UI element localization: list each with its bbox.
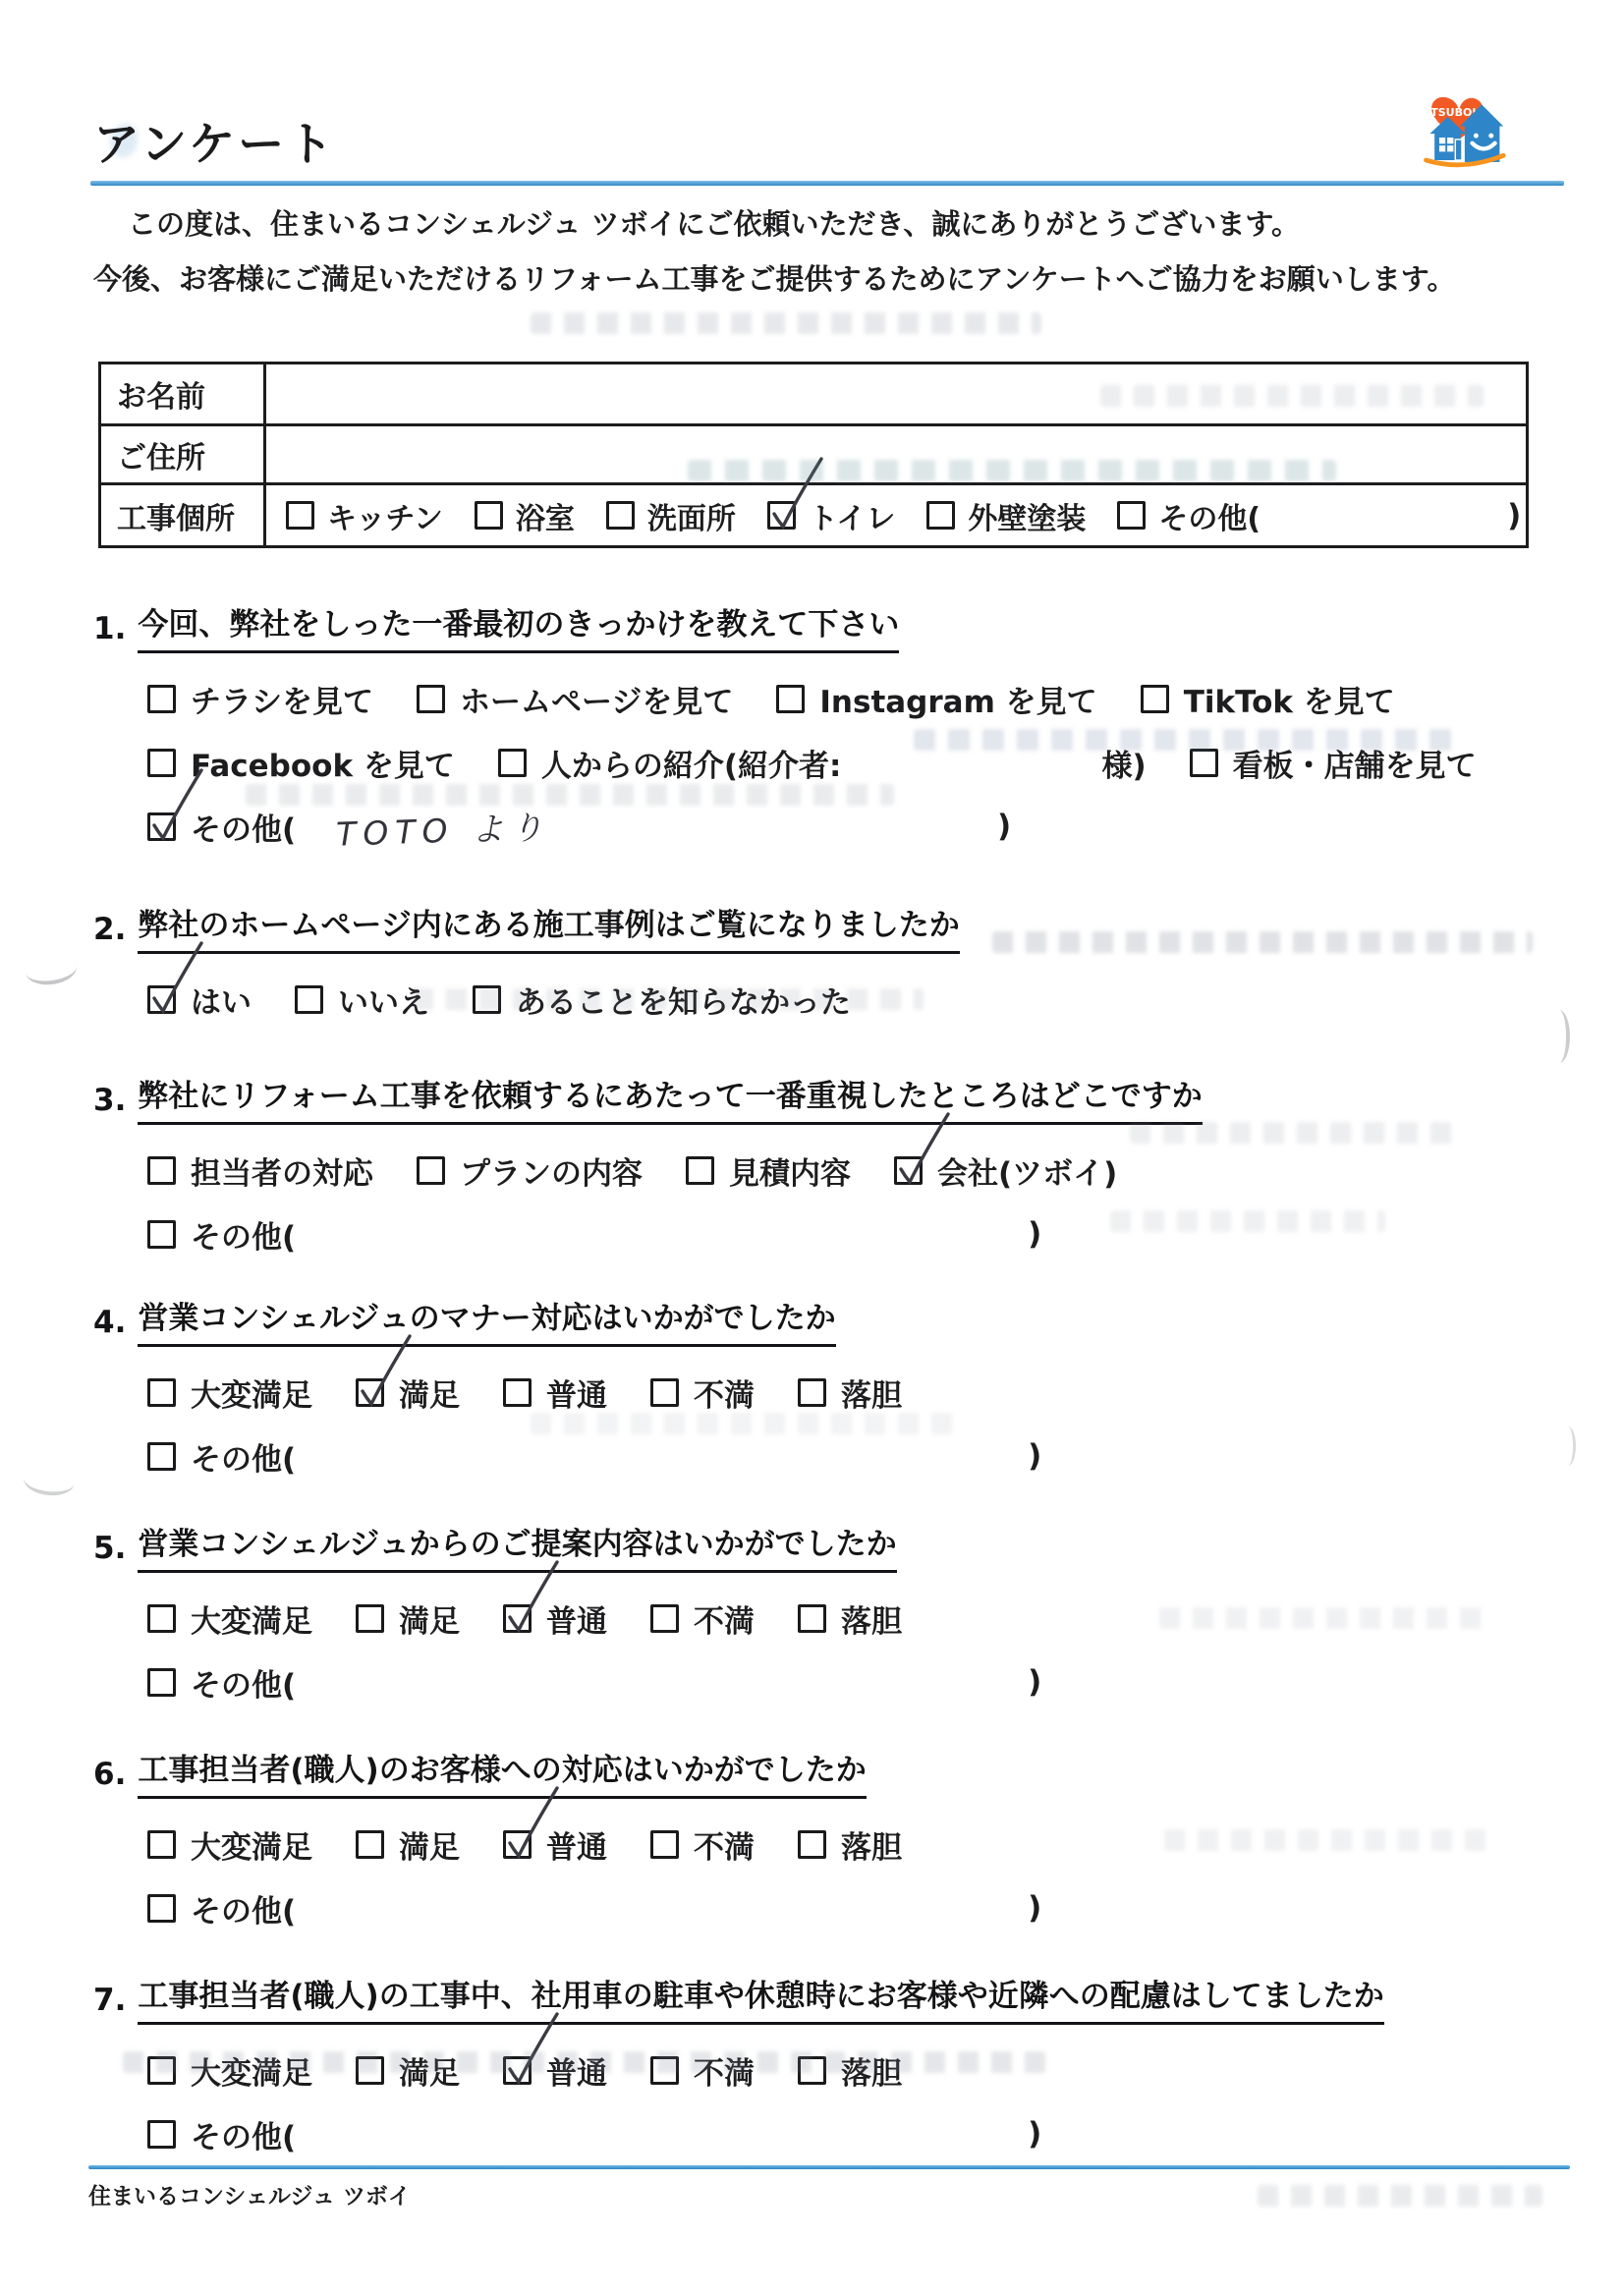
question-number: 3. <box>93 1083 126 1125</box>
checkbox-tiktok <box>1141 685 1169 713</box>
question-number: 5. <box>93 1531 126 1573</box>
option-satisfied: 満足 <box>356 1596 460 1641</box>
question-1-options-row-3: その他( TOTO より ) <box>147 803 1582 850</box>
checkbox-plan-content <box>417 1156 445 1185</box>
checkbox-dissatisfied <box>650 1378 679 1407</box>
bleed-through-artifact <box>688 460 1336 481</box>
option-very-satisfied: 大変満足 <box>147 1596 312 1641</box>
option-dissatisfied: 不満 <box>650 1596 755 1641</box>
question-4: 4. 営業コンシェルジュのマナー対応はいかがでしたか 大変満足 満足 普通 不満 <box>93 1293 1582 1480</box>
question-4-options-row-1: 大変満足 満足 普通 不満 落胆 <box>147 1369 1582 1416</box>
checkbox-yes <box>147 985 176 1014</box>
checkbox-homepage <box>417 685 445 713</box>
checkbox-very-satisfied <box>147 1378 176 1407</box>
checkbox-flyer <box>147 685 176 713</box>
bleed-through-artifact <box>1258 2185 1542 2207</box>
checkbox-other <box>147 1220 176 1249</box>
bleed-through-artifact <box>1100 385 1484 407</box>
name-label: お名前 <box>101 364 266 423</box>
scanned-survey-page: アンケート TSUBOI この度は、住まいるコンシェルジュ ツボイにご依頼いただ… <box>0 0 1624 2295</box>
page-title: アンケート <box>93 108 336 174</box>
option-bathroom: 浴室 <box>475 494 575 537</box>
option-plan-content: プランの内容 <box>417 1148 643 1193</box>
option-label: 会社(ツボイ) <box>937 1148 1117 1193</box>
close-paren: ) <box>1028 1438 1041 1474</box>
question-title-text: 工事担当者(職人)の工事中、社用車の駐車や休憩時にお客様や近隣への配慮はしてまし… <box>138 1971 1383 2025</box>
option-label: 大変満足 <box>191 1596 312 1641</box>
option-other: その他( ) <box>147 2112 1041 2156</box>
close-paren: ) <box>1028 1216 1041 1252</box>
checkbox-other <box>147 1668 176 1697</box>
tsuboi-company-logo: TSUBOI <box>1415 81 1509 171</box>
question-title-text: 今回、弊社をしった一番最初のきっかけを教えて下さい <box>138 599 899 653</box>
checkbox-dissatisfied <box>650 1830 679 1859</box>
option-disappointed: 落胆 <box>798 1822 902 1867</box>
bleed-through-artifact <box>992 931 1533 953</box>
checkbox-company-tsuboi <box>894 1156 923 1185</box>
checkbox-instagram <box>776 685 805 713</box>
option-label: 不満 <box>694 1822 755 1867</box>
checkbox-washroom <box>606 501 635 530</box>
handwritten-check-icon <box>888 1107 957 1192</box>
question-1: 1. 今回、弊社をしった一番最初のきっかけを教えて下さい チラシを見て ホームペ… <box>93 599 1582 850</box>
bleed-through-artifact <box>1110 1210 1385 1232</box>
option-homepage: ホームページを見て <box>417 677 733 721</box>
option-satisfied: 満足 <box>356 1371 460 1415</box>
handwritten-check-icon <box>497 2007 566 2092</box>
question-title-text: 弊社のホームページ内にある施工事例はご覧になりましたか <box>138 900 959 954</box>
bleed-through-artifact <box>1159 1607 1484 1629</box>
checkbox-kitchen <box>286 501 314 530</box>
option-staff-response: 担当者の対応 <box>147 1148 373 1193</box>
option-label: 大変満足 <box>191 1822 312 1867</box>
option-flyer: チラシを見て <box>147 677 373 721</box>
checkbox-average <box>503 1830 532 1859</box>
checkbox-no <box>295 985 323 1014</box>
checkbox-other <box>147 2120 176 2149</box>
bleed-through-artifact <box>123 2051 1046 2073</box>
bleed-through-artifact <box>531 312 1041 334</box>
option-label: 落胆 <box>841 1371 902 1415</box>
scan-artifact <box>24 952 79 988</box>
scan-artifact <box>1548 1010 1570 1063</box>
work-location-label: 工事個所 <box>101 485 266 545</box>
option-exterior-painting: 外壁塗装 <box>926 494 1086 537</box>
checkbox-disappointed <box>798 1830 826 1859</box>
option-label: 不満 <box>694 1596 755 1641</box>
option-average: 普通 <box>503 1596 607 1641</box>
bleed-through-artifact <box>1130 1122 1464 1144</box>
question-6-options-row-2: その他( ) <box>147 1884 1582 1931</box>
question-number: 4. <box>93 1305 126 1347</box>
close-paren: ) <box>1028 2116 1041 2152</box>
option-label: 浴室 <box>516 494 575 537</box>
checkbox-disappointed <box>798 1378 826 1407</box>
checkbox-estimate <box>686 1156 714 1185</box>
question-4-title: 4. 営業コンシェルジュのマナー対応はいかがでしたか <box>93 1293 1582 1347</box>
option-label: 普通 <box>546 1371 607 1415</box>
bleed-through-artifact <box>246 784 894 806</box>
question-3-options-row-1: 担当者の対応 プランの内容 見積内容 会社(ツボイ) <box>147 1147 1582 1194</box>
option-very-satisfied: 大変満足 <box>147 1371 312 1415</box>
title-underline <box>90 181 1564 186</box>
option-tiktok: TikTok を見て <box>1141 677 1395 721</box>
checkbox-referral <box>498 749 527 777</box>
close-paren: ) <box>1028 1890 1041 1926</box>
option-other: その他( ) <box>1117 494 1521 537</box>
option-disappointed: 落胆 <box>798 1596 902 1641</box>
checkbox-average <box>503 1604 532 1633</box>
option-toilet: トイレ <box>767 494 896 537</box>
handwritten-check-icon <box>497 1781 566 1866</box>
option-label: その他( <box>191 1660 296 1705</box>
option-label: TikTok を見て <box>1184 677 1395 721</box>
option-average: 普通 <box>503 1822 607 1867</box>
handwritten-check-icon <box>141 763 210 848</box>
option-label: 人からの紹介(紹介者: <box>541 741 842 785</box>
checkbox-signboard <box>1190 749 1218 777</box>
question-title-text: 弊社にリフォーム工事を依頼するにあたって一番重視したところはどこですか <box>138 1071 1202 1125</box>
checkbox-other <box>1117 501 1146 530</box>
question-6-title: 6. 工事担当者(職人)のお客様への対応はいかがでしたか <box>93 1745 1582 1799</box>
close-paren: ) <box>997 809 1011 844</box>
question-title-text: 営業コンシェルジュのマナー対応はいかがでしたか <box>138 1293 835 1347</box>
option-dissatisfied: 不満 <box>650 1371 755 1415</box>
footer-divider <box>88 2165 1570 2169</box>
question-number: 1. <box>93 611 126 653</box>
question-7-options-row-2: その他( ) <box>147 2110 1582 2157</box>
intro-line-2: 今後、お客様にご満足いただけるリフォーム工事をご提供するためにアンケートへご協力… <box>93 257 1456 298</box>
question-number: 6. <box>93 1757 126 1799</box>
option-other: その他( ) <box>147 1886 1041 1931</box>
checkbox-satisfied <box>356 1604 384 1633</box>
intro-line-1: この度は、住まいるコンシェルジュ ツボイにご依頼いただき、誠にありがとうございま… <box>128 202 1300 243</box>
option-label: その他( <box>191 1212 296 1257</box>
work-location-options: キッチン 浴室 洗面所 トイレ 外壁塗装 <box>266 485 1526 545</box>
option-label: 落胆 <box>841 1596 902 1641</box>
option-other: その他( ) <box>147 1212 1041 1257</box>
option-label: プランの内容 <box>460 1148 643 1193</box>
option-yes: はい <box>147 978 252 1022</box>
question-5-options-row-2: その他( ) <box>147 1658 1582 1706</box>
option-label: ホームページを見て <box>460 677 733 721</box>
checkbox-toilet <box>767 501 796 530</box>
option-satisfied: 満足 <box>356 1822 460 1867</box>
option-label: 不満 <box>694 1371 755 1415</box>
checkbox-other <box>147 1442 176 1471</box>
option-kitchen: キッチン <box>286 494 443 537</box>
question-3-title: 3. 弊社にリフォーム工事を依頼するにあたって一番重視したところはどこですか <box>93 1071 1582 1125</box>
question-1-options-row-1: チラシを見て ホームページを見て Instagram を見て TikTok を見… <box>147 675 1582 722</box>
handwritten-check-icon <box>350 1329 419 1414</box>
handwritten-check-icon <box>497 1555 566 1640</box>
option-other: その他( ) <box>147 1660 1041 1705</box>
option-label: 落胆 <box>841 1822 902 1867</box>
option-label: Facebook を見て <box>191 741 455 785</box>
question-7-title: 7. 工事担当者(職人)の工事中、社用車の駐車や休憩時にお客様や近隣への配慮はし… <box>93 1971 1582 2025</box>
option-label: 洗面所 <box>647 494 736 537</box>
option-disappointed: 落胆 <box>798 1371 902 1415</box>
handwritten-answer: TOTO より <box>335 802 550 856</box>
checkbox-staff-response <box>147 1156 176 1185</box>
checkbox-satisfied <box>356 1830 384 1859</box>
bleed-through-artifact <box>531 1413 953 1434</box>
scan-artifact <box>23 1463 77 1497</box>
option-label: 担当者の対応 <box>191 1148 373 1193</box>
option-average: 普通 <box>503 1371 607 1415</box>
question-number: 7. <box>93 1983 126 2025</box>
option-label: 満足 <box>399 1822 460 1867</box>
option-washroom: 洗面所 <box>606 494 736 537</box>
scan-artifact <box>1560 1427 1576 1466</box>
checkbox-very-satisfied <box>147 1830 176 1859</box>
option-label: 満足 <box>399 1596 460 1641</box>
close-paren: ) <box>1507 498 1521 533</box>
option-company-tsuboi: 会社(ツボイ) <box>894 1148 1117 1193</box>
option-label: その他( <box>191 2112 296 2156</box>
bleed-through-artifact <box>1164 1829 1488 1851</box>
logo-text: TSUBOI <box>1430 106 1476 119</box>
option-no: いいえ <box>295 978 429 1022</box>
option-label: その他( <box>1158 494 1260 537</box>
bleed-through-artifact <box>413 988 924 1010</box>
option-label: 大変満足 <box>191 1371 312 1415</box>
checkbox-very-satisfied <box>147 1604 176 1633</box>
question-1-title: 1. 今回、弊社をしった一番最初のきっかけを教えて下さい <box>93 599 1582 653</box>
table-row-work-location: 工事個所 キッチン 浴室 洗面所 トイレ <box>101 482 1526 545</box>
question-5-title: 5. 営業コンシェルジュからのご提案内容はいかがでしたか <box>93 1519 1582 1573</box>
option-label: キッチン <box>327 494 443 537</box>
option-label: Instagram を見て <box>819 677 1096 721</box>
option-estimate: 見積内容 <box>686 1148 851 1193</box>
option-very-satisfied: 大変満足 <box>147 1822 312 1867</box>
checkbox-other <box>147 1894 176 1923</box>
checkbox-bathroom <box>475 501 503 530</box>
checkbox-dissatisfied <box>650 1604 679 1633</box>
question-4-options-row-2: その他( ) <box>147 1432 1582 1480</box>
address-label: ご住所 <box>101 426 266 482</box>
option-label: 外壁塗装 <box>968 494 1086 537</box>
option-label: その他( <box>191 1886 296 1931</box>
bleed-through-artifact <box>914 729 1464 751</box>
checkbox-disappointed <box>798 1604 826 1633</box>
option-other: その他( ) <box>147 1434 1041 1479</box>
checkbox-average <box>503 1378 532 1407</box>
option-instagram: Instagram を見て <box>776 677 1096 721</box>
checkbox-other <box>147 812 176 841</box>
option-label: その他( <box>191 1434 296 1479</box>
close-paren: ) <box>1028 1664 1041 1700</box>
option-label: 見積内容 <box>729 1148 851 1193</box>
checkbox-satisfied <box>356 1378 384 1407</box>
option-dissatisfied: 不満 <box>650 1822 755 1867</box>
checkbox-exterior-painting <box>926 501 955 530</box>
option-other: その他( TOTO より ) <box>147 804 1011 850</box>
handwritten-check-icon <box>141 936 210 1021</box>
question-number: 2. <box>93 912 126 954</box>
option-label: チラシを見て <box>191 677 373 721</box>
